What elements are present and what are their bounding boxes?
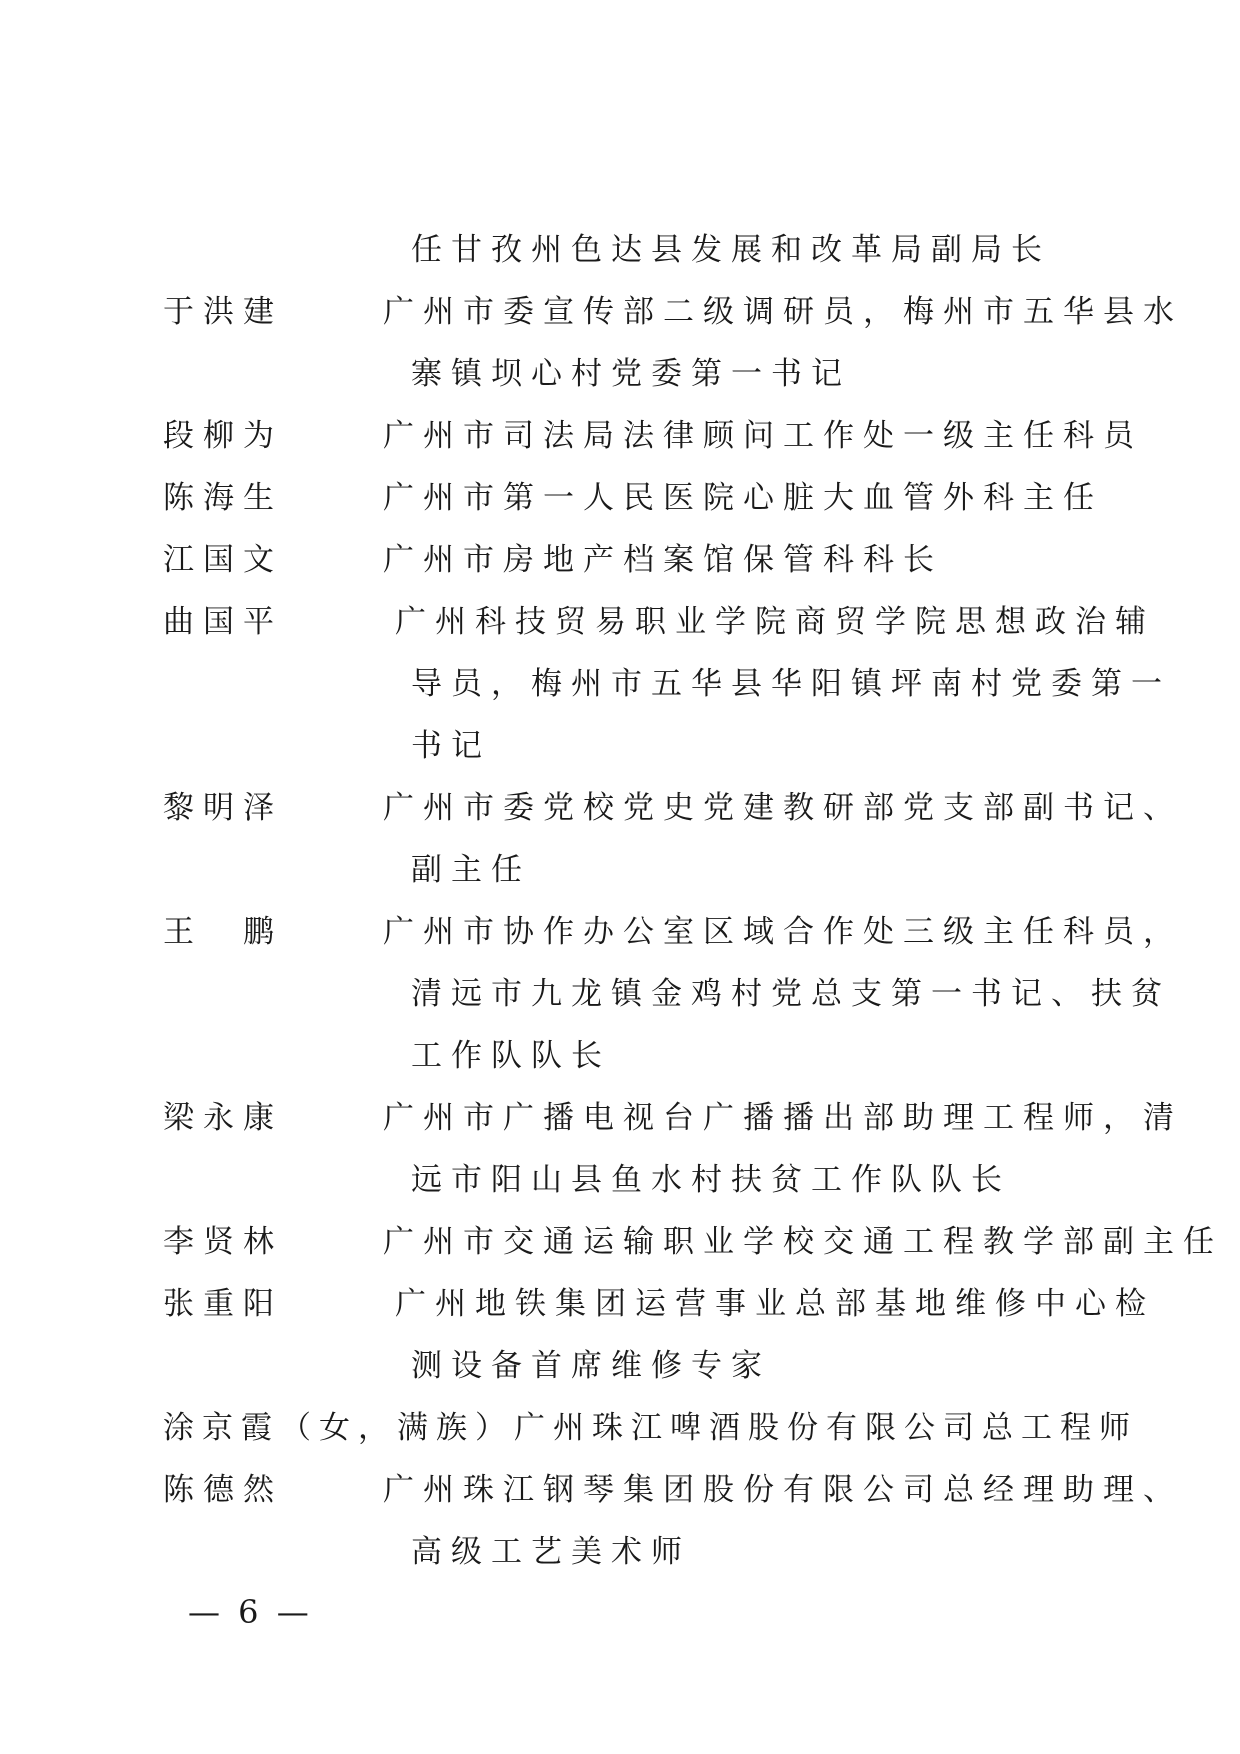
person-title: 广州市交通运输职业学校交通工程教学部副主任 xyxy=(383,1222,1223,1262)
person-title-continued: 测设备首席维修专家 xyxy=(411,1346,771,1386)
person-name: 段柳为 xyxy=(163,416,283,456)
person-title: 广州市房地产档案馆保管科科长 xyxy=(383,540,943,580)
person-name: 张重阳 xyxy=(163,1284,283,1324)
person-name: 于洪建 xyxy=(163,292,283,332)
person-title-continued: 工作队队长 xyxy=(411,1036,611,1076)
person-title: 广州地铁集团运营事业总部基地维修中心检 xyxy=(395,1284,1155,1324)
person-title: 广州市第一人民医院心脏大血管外科主任 xyxy=(383,478,1103,518)
person-name: 陈海生 xyxy=(163,478,283,518)
person-title: 广州市委党校党史党建教研部党支部副书记、 xyxy=(383,788,1183,828)
person-name-with-title: 涂京霞（女，满族）广州珠江啤酒股份有限公司总工程师 xyxy=(163,1408,1138,1448)
person-title: 广州市协作办公室区域合作处三级主任科员， xyxy=(383,912,1183,952)
person-name: 黎明泽 xyxy=(163,788,283,828)
person-title: 广州珠江啤酒股份有限公司总工程师 xyxy=(514,1410,1138,1446)
person-title: 广州珠江钢琴集团股份有限公司总经理助理、 xyxy=(383,1470,1183,1510)
person-title: 广州科技贸易职业学院商贸学院思想政治辅 xyxy=(395,602,1155,642)
person-name: 陈德然 xyxy=(163,1470,283,1510)
person-name: 梁永康 xyxy=(163,1098,283,1138)
document-page: 任甘孜州色达县发展和改革局副局长 于洪建 广州市委宣传部二级调研员，梅州市五华县… xyxy=(0,0,1240,1754)
person-title: 广州市委宣传部二级调研员，梅州市五华县水 xyxy=(383,292,1183,332)
person-title-continued: 副主任 xyxy=(411,850,531,890)
person-title: 广州市司法局法律顾问工作处一级主任科员 xyxy=(383,416,1143,456)
person-title-continued: 清远市九龙镇金鸡村党总支第一书记、扶贫 xyxy=(411,974,1171,1014)
person-title-continued: 高级工艺美术师 xyxy=(411,1532,691,1572)
person-title-continued: 寨镇坝心村党委第一书记 xyxy=(411,354,851,394)
person-title-continued: 导员，梅州市五华县华阳镇坪南村党委第一 xyxy=(411,664,1171,704)
person-name: 江国文 xyxy=(163,540,283,580)
person-title: 广州市广播电视台广播播出部助理工程师，清 xyxy=(383,1098,1183,1138)
person-title-continued: 书记 xyxy=(411,726,491,766)
person-name: 李贤林 xyxy=(163,1222,283,1262)
person-name: 涂京霞（女，满族） xyxy=(163,1410,514,1446)
person-name: 王 鹏 xyxy=(163,912,283,952)
continuation-line: 任甘孜州色达县发展和改革局副局长 xyxy=(411,230,1051,270)
page-number: — 6 — xyxy=(188,1592,313,1632)
person-name: 曲国平 xyxy=(163,602,283,642)
person-title-continued: 远市阳山县鱼水村扶贫工作队队长 xyxy=(411,1160,1011,1200)
